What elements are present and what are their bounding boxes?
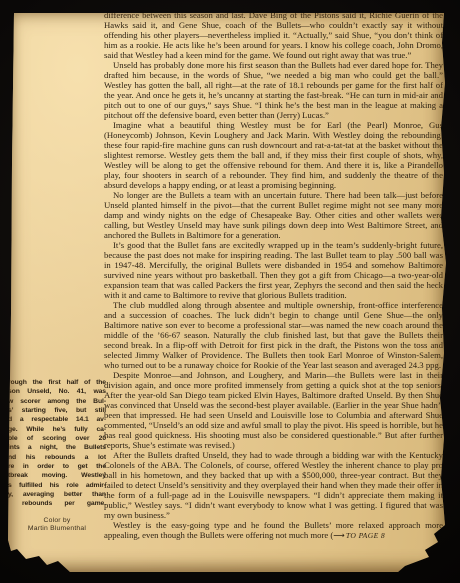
article-paragraph-list: difference between this season and last.… <box>104 13 443 520</box>
caption-line: nd his rebounds a lot <box>8 453 106 462</box>
caption-line: s’ starting five, but still <box>8 406 106 415</box>
caption-line: y, averaging better than <box>8 490 106 499</box>
photo-caption: rough the first half of the son Unseld, … <box>8 378 106 534</box>
article-paragraph: It’s good that the Bullet fans are excit… <box>104 240 443 300</box>
caption-line: d a respectable 14.1 av- <box>8 415 106 424</box>
photo-credit-line-2: Martin Blumenthal <box>8 525 106 533</box>
caption-line: ints a night, the Bullets <box>8 443 106 452</box>
magazine-page: rough the first half of the son Unseld, … <box>8 13 446 572</box>
caption-line: re in order to get the <box>8 462 106 471</box>
article-paragraph: Imagine what a beautiful thing Westley m… <box>104 120 443 190</box>
scanner-background: rough the first half of the son Unseld, … <box>0 0 460 583</box>
article-paragraph: No longer are the Bullets a team with an… <box>104 190 443 240</box>
caption-line: s fulfilled his role admir- <box>8 481 106 490</box>
caption-line: w scorer among the Bul- <box>8 397 106 406</box>
photo-credit-line-1: Color by <box>8 517 106 525</box>
article-last-paragraph-text: Westley is the easy-going type and he fo… <box>104 520 443 540</box>
caption-line: ge. While he’s fully ca- <box>8 425 106 434</box>
caption-line: tbreak moving. Westley <box>8 471 106 480</box>
caption-line: rough the first half of the <box>8 378 106 387</box>
caption-line: son Unseld, No. 41, was <box>8 387 106 396</box>
photo-caption-lines: rough the first half of the son Unseld, … <box>8 378 106 499</box>
article-paragraph-last: Westley is the easy-going type and he fo… <box>104 520 443 541</box>
caption-line: ble of scoring over 20 <box>8 434 106 443</box>
article-paragraph: Unseld has probably done more his first … <box>104 60 443 120</box>
continued-marker: ⟶ TO PAGE 8 <box>333 530 385 540</box>
article-text: difference between this season and last.… <box>104 13 443 541</box>
continuation-label: TO PAGE 8 <box>346 531 385 540</box>
continuation-arrow-icon: ⟶ <box>333 531 343 540</box>
article-paragraph: After the Bullets drafted Unseld, they h… <box>104 450 443 520</box>
article-paragraph: Despite Monroe—and Johnson, and Loughery… <box>104 370 443 450</box>
article-paragraph: The club muddled along through absentee … <box>104 300 443 370</box>
photo-credit: Color by Martin Blumenthal <box>8 517 106 534</box>
article-paragraph: difference between this season and last.… <box>104 13 443 60</box>
caption-line-last: rebounds per game. <box>8 499 106 508</box>
